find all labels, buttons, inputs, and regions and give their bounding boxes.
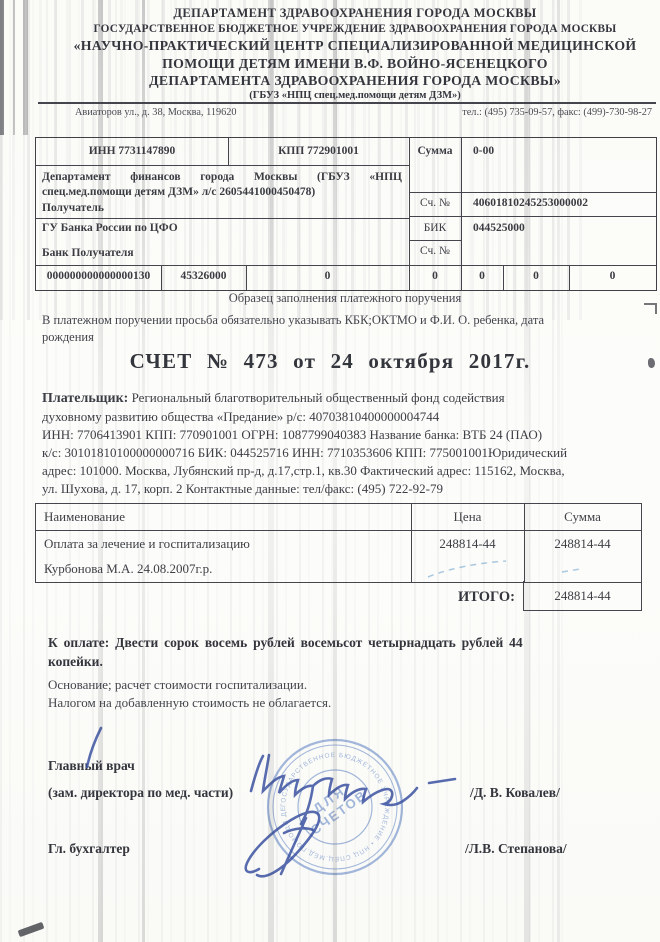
payer-kpp: КПП 772901001 <box>228 145 409 158</box>
pen-dash-short <box>562 569 580 572</box>
oktmo-value: 45326000 <box>161 270 246 283</box>
account-value: 40601810245253000002 <box>473 197 588 210</box>
payer-block: Плательщик: Региональный благотворительн… <box>42 389 642 498</box>
amount-due-line1: К оплате: Двести сорок восемь рублей вос… <box>48 633 623 652</box>
chief-doctor-signature <box>251 755 417 824</box>
account2-label: Сч. № <box>409 245 461 258</box>
zero-cell: 0 <box>503 270 569 283</box>
zero-cell: 0 <box>409 270 461 283</box>
org-line-3: «НАУЧНО-ПРАКТИЧЕСКИЙ ЦЕНТР СПЕЦИАЛИЗИРОВ… <box>55 38 655 54</box>
payment-note: В платежном поручении просьба обязательн… <box>42 312 617 346</box>
scan-dark-bar <box>0 0 4 135</box>
amount-due-words: Двести сорок восемь рублей восемьсот чет… <box>115 635 523 650</box>
org-line-1: ДЕПАРТАМЕНТ ЗДРАВООХРАНЕНИЯ ГОРОДА МОСКВ… <box>55 6 655 21</box>
payment-note-line2: рождения <box>42 329 617 346</box>
payer-line3: ИНН: 7706413901 КПП: 770901001 ОГРН: 108… <box>42 426 642 444</box>
amount-due-label: К оплате: <box>48 635 109 650</box>
org-phone-fax: тел.: (495) 735-09-57, факс: (499)-730-9… <box>462 107 652 118</box>
amount-due-block: К оплате: Двести сорок восемь рублей вос… <box>48 633 623 671</box>
signature-dash <box>429 779 455 783</box>
pen-slash-mark <box>87 728 101 767</box>
payment-note-line1: В платежном поручении просьба обязательн… <box>42 312 617 329</box>
amount-due-line2: копейки. <box>48 652 623 671</box>
scan-edge-mark <box>644 303 657 314</box>
recipient-org: Департамент финансов города Москвы (ГБУЗ… <box>42 170 402 200</box>
item-name-line1: Оплата за лечение и госпитализацию <box>44 536 250 552</box>
col-header-sum: Сумма <box>524 509 641 525</box>
invoice-title: СЧЕТ № 473 от 24 октября 2017г. <box>20 349 640 374</box>
scan-edge-blob <box>648 358 655 368</box>
item-name-line2: Курбонова М.А. 24.08.2007г.р. <box>44 561 212 577</box>
org-line-5: ДЕПАРТАМЕНТА ЗДРАВООХРАНЕНИЯ ГОРОДА МОСК… <box>55 73 655 89</box>
col-header-name: Наименование <box>44 509 125 525</box>
org-line-2: ГОСУДАРСТВЕННОЕ БЮДЖЕТНОЕ УЧРЕЖДЕНИЕ ЗДР… <box>55 23 655 35</box>
zero-cell: 0 <box>246 270 409 283</box>
recipient-bank-label: Банк Получателя <box>42 247 134 260</box>
summa-label: Сумма <box>409 145 461 158</box>
col-header-price: Цена <box>411 509 524 525</box>
bik-value: 044525000 <box>473 222 525 235</box>
payment-order-table: ИНН 7731147890 КПП 772901001 Сумма 0-00 … <box>35 137 657 291</box>
payer-line5: адрес: 101000. Москва, Лубянский пр-д, д… <box>42 462 642 480</box>
scan-dark-bar <box>13 0 15 135</box>
payer-line6: ул. Шухова, д. 17, корп. 2 Контактные да… <box>42 480 642 498</box>
payer-line2: духовному развитию общества «Предание» р… <box>42 408 642 426</box>
sample-caption: Образец заполнения платежного поручения <box>35 291 655 306</box>
accountant-signature <box>246 812 319 877</box>
scan-dark-bar <box>23 0 28 135</box>
scanned-invoice-page: ДЕПАРТАМЕНТ ЗДРАВООХРАНЕНИЯ ГОРОДА МОСКВ… <box>0 0 660 942</box>
payer-inn: ИНН 7731147890 <box>36 145 228 158</box>
org-address: Авиаторов ул., д. 38, Москва, 119620 <box>40 107 237 118</box>
org-line-6: (ГБУЗ «НПЦ спец.мед.помощи детям ДЗМ») <box>55 90 655 101</box>
scan-corner-mark <box>18 922 45 937</box>
payer-label: Плательщик: <box>42 391 128 406</box>
pen-dash-curve <box>428 561 506 577</box>
bik-label: БИК <box>409 222 461 235</box>
letterhead-contacts: Авиаторов ул., д. 38, Москва, 119620 тел… <box>40 107 652 118</box>
org-line-4: ПОМОЩИ ДЕТЯМ ИМЕНИ В.Ф. ВОЙНО-ЯСЕНЕЦКОГО <box>55 56 655 72</box>
pen-correction-marks <box>420 548 650 592</box>
account-label: Сч. № <box>409 197 461 210</box>
recipient-bank: ГУ Банка России по ЦФО <box>42 222 178 235</box>
payer-line4: к/с: 30101810100000000716 БИК: 044525716… <box>42 444 642 462</box>
zero-cell: 0 <box>461 270 503 283</box>
recipient-label: Получатель <box>42 202 104 215</box>
kbk-value: 000000000000000130 <box>36 270 161 283</box>
handwritten-signatures <box>0 690 660 910</box>
letterhead-rule <box>38 102 656 104</box>
zero-cell: 0 <box>569 270 656 283</box>
summa-value: 0-00 <box>473 145 494 158</box>
payer-line1: Плательщик: Региональный благотворительн… <box>42 389 642 408</box>
payer-line1-text: Региональный благотворительный обществен… <box>132 390 505 405</box>
